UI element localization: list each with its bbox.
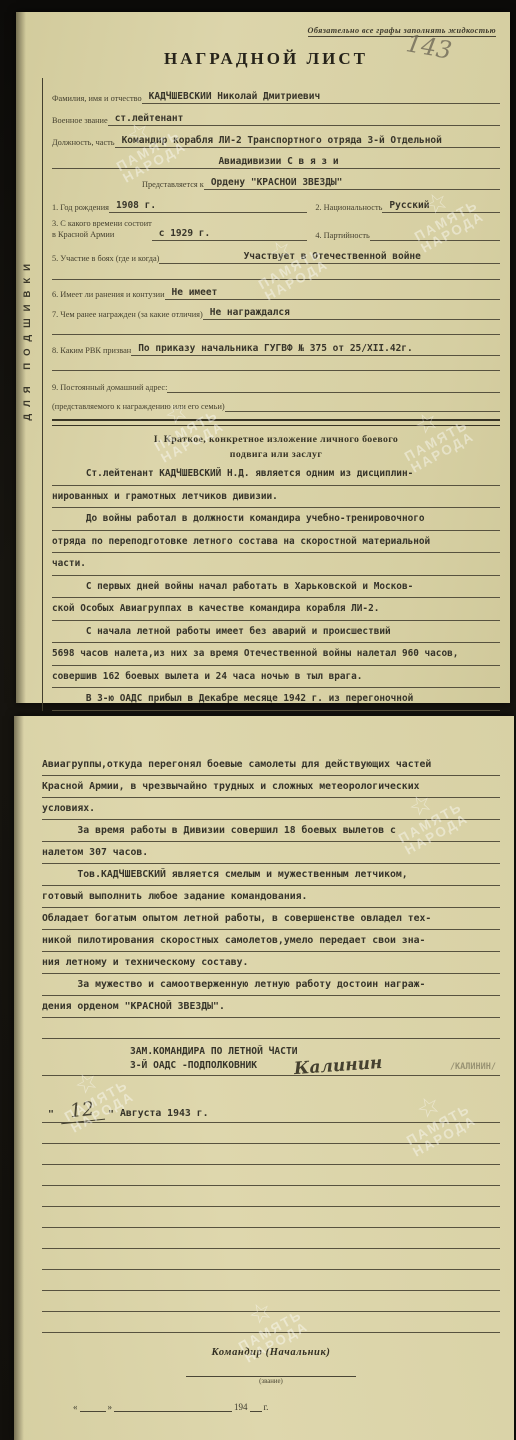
party-cell: 4. Партийность — [307, 231, 500, 241]
nationality-cell: 2. Национальность Русский — [307, 200, 500, 213]
date-row: " 12 " Августа 1943 г. — [42, 1096, 500, 1123]
position-value: Командир корабля ЛИ-2 Транспортного отря… — [115, 135, 500, 148]
commander-signature-line — [186, 1368, 356, 1377]
handwritten-signature: Калинин — [293, 1051, 383, 1082]
quote-open: " — [48, 1109, 54, 1120]
blank-ruled-line — [42, 1165, 500, 1186]
citation-line: Обладает богатым опытом летной работы, в… — [42, 908, 500, 930]
prior-awards-value: Не награждался — [203, 307, 500, 320]
rank-caption: (звание) — [42, 1378, 500, 1385]
footer-quote-close: » — [108, 1402, 113, 1412]
blank-ruled-line — [42, 1249, 500, 1270]
footer-quote-open: « — [73, 1402, 78, 1412]
citation-line: условиях. — [42, 798, 500, 820]
submitted-for-value: Ордену "КРАСНОЙ ЗВЕЗДЫ" — [204, 177, 500, 190]
citation-line: ской Особых Авиагруппах в качестве коман… — [52, 598, 500, 621]
section-heading-line2: подвига или заслуг — [52, 449, 500, 460]
position-label: Должность, часть — [52, 138, 115, 148]
wounds-label: 6. Имеет ли ранения и контузии — [52, 290, 165, 300]
rank-label: Военное звание — [52, 116, 108, 126]
footer-year-blank — [250, 1401, 262, 1412]
wounds-value: Не имеет — [165, 287, 500, 300]
citation-line: В 3-ю ОАДС прибыл в Декабре месяце 1942 … — [52, 688, 500, 711]
field-row-name: Фамилия, имя и отчество КАДЧШЕВСКИЙ Нико… — [52, 78, 500, 104]
quote-close: " — [108, 1109, 114, 1120]
field-row-prior-awards: 7. Чем ранее награжден (за какие отличия… — [52, 300, 500, 320]
field-row-position: Должность, часть Командир корабля ЛИ-2 Т… — [52, 126, 500, 148]
citation-line: совершив 162 боевых вылета и 24 часа ноч… — [52, 666, 500, 689]
nationality-value: Русский — [382, 200, 500, 213]
home-address-value — [167, 391, 500, 393]
blank-ruled-line — [42, 1291, 500, 1312]
citation-line: готовый выполнить любое задание командов… — [42, 886, 500, 908]
drafted-by-value: По приказу начальника ГУГВФ № 375 от 25/… — [131, 343, 500, 356]
home-address-caption: (представляемого к награждению или его с… — [52, 402, 225, 412]
blank-ruled-line — [42, 1123, 500, 1144]
citation-text-page1: Ст.лейтенант КАДЧШЕВСКИЙ Н.Д. является о… — [52, 463, 500, 711]
field-row-service-party: 3. С какого времени состоит в Красной Ар… — [52, 213, 500, 241]
home-address-label: 9. Постоянный домашний адрес: — [52, 383, 167, 393]
field-row-wounds: 6. Имеет ли ранения и контузии Не имеет — [52, 280, 500, 300]
drafted-by-label: 8. Каким РВК призван — [52, 346, 131, 356]
citation-line: ния летному и техническому составу. — [42, 952, 500, 974]
blank-ruled-line — [42, 1312, 500, 1333]
combat-label: 5. Участие в боях (где и когда) — [52, 254, 159, 264]
blank-ruled-lines-bottom — [42, 1123, 500, 1333]
date-month-year: Августа 1943 г. — [120, 1108, 208, 1119]
citation-line: Ст.лейтенант КАДЧШЕВСКИЙ Н.Д. является о… — [52, 463, 500, 486]
blank-ruled-line — [52, 356, 500, 371]
blank-ruled-line — [42, 1144, 500, 1165]
commander-caption: Командир (Начальник) — [42, 1347, 500, 1358]
scanned-award-document: Обязательно все графы заполнять жидкость… — [0, 0, 516, 1440]
footer-year-prefix: 194 — [234, 1402, 248, 1412]
citation-line: Авиагруппы,откуда перегонял боевые самол… — [42, 754, 500, 776]
service-since-value: с 1929 г. — [152, 228, 308, 241]
field-row-home-address: 9. Постоянный домашний адрес: — [52, 371, 500, 393]
field-row-submitted-for: Представляется к Ордену "КРАСНОЙ ЗВЕЗДЫ" — [52, 169, 500, 190]
field-row-combat: 5. Участие в боях (где и когда) Участвуе… — [52, 241, 500, 264]
blank-ruled-line — [42, 1018, 500, 1039]
citation-line: 5698 часов налета,из них за время Отечес… — [52, 643, 500, 666]
nationality-label: 2. Национальность — [315, 203, 382, 213]
citation-line: отряда по переподготовке летного состава… — [52, 531, 500, 554]
page2-content: Авиагруппы,откуда перегонял боевые самол… — [42, 754, 500, 1412]
form-fields-section: Фамилия, имя и отчество КАДЧШЕВСКИЙ Нико… — [42, 78, 500, 711]
citation-line: нированных и грамотных летчиков дивизии. — [52, 486, 500, 509]
footer-year-suffix: г. — [264, 1402, 269, 1412]
section-divider-rule — [52, 419, 500, 426]
citation-line: Красной Армии, в чрезвычайно трудных и с… — [42, 776, 500, 798]
filing-margin-vertical-text: ДЛЯ ПОДШИВКИ — [22, 257, 33, 421]
blank-ruled-line — [42, 1228, 500, 1249]
prior-awards-label: 7. Чем ранее награжден (за какие отличия… — [52, 310, 203, 320]
home-address-caption-line — [225, 410, 500, 412]
footer-day-blank — [80, 1401, 106, 1412]
signature-block: ЗАМ.КОМАНДИРА ПО ЛЕТНОЙ ЧАСТИ 3-Й ОАДС -… — [42, 1041, 500, 1076]
citation-text-page2: Авиагруппы,откуда перегонял боевые самол… — [42, 754, 500, 1018]
rank-value: ст.лейтенант — [108, 113, 500, 126]
blank-ruled-line — [42, 1270, 500, 1291]
field-row-rank: Военное звание ст.лейтенант — [52, 104, 500, 126]
section-heading-line1: I. Краткое, конкретное изложение личного… — [52, 434, 500, 445]
citation-line: За время работы в Дивизии совершил 18 бо… — [42, 820, 500, 842]
footer-blank-date: « » 194 г. — [72, 1401, 500, 1412]
citation-line: дения орденом "КРАСНОЙ ЗВЕЗДЫ". — [42, 996, 500, 1018]
field-row-position-2: Авиадивизии С в я з и — [52, 148, 500, 169]
citation-line: части. — [52, 553, 500, 576]
award-sheet-page-2: Авиагруппы,откуда перегонял боевые самол… — [14, 716, 514, 1440]
combat-value: Участвует в Отечественной войне — [159, 251, 500, 264]
blank-ruled-line — [42, 1207, 500, 1228]
service-since-label: 3. С какого времени состоит в Красной Ар… — [52, 219, 152, 241]
citation-line: С начала летной работы имеет без аварий … — [52, 621, 500, 644]
service-since-cell: 3. С какого времени состоит в Красной Ар… — [52, 219, 307, 241]
handwritten-day: 12 — [59, 1097, 105, 1124]
document-title: НАГРАДНОЙ ЛИСТ — [76, 49, 456, 69]
citation-line: За мужество и самоотверженную летную раб… — [42, 974, 500, 996]
blank-ruled-line — [52, 320, 500, 335]
field-row-drafted-by: 8. Каким РВК призван По приказу начальни… — [52, 335, 500, 356]
name-label: Фамилия, имя и отчество — [52, 94, 142, 104]
name-value: КАДЧШЕВСКИЙ Николай Дмитриевич — [142, 91, 500, 104]
party-label: 4. Партийность — [315, 231, 369, 241]
form-instruction-note: Обязательно все графы заполнять жидкость… — [308, 26, 497, 37]
party-value — [370, 239, 500, 241]
footer-month-blank — [114, 1401, 232, 1412]
signer-typed-name: /КАЛИНИН/ — [450, 1061, 496, 1073]
submitted-for-label: Представляется к — [142, 180, 204, 190]
birth-year-label: 1. Год рождения — [52, 203, 109, 213]
birth-year-cell: 1. Год рождения 1908 г. — [52, 200, 307, 213]
citation-line: налетом 307 часов. — [42, 842, 500, 864]
citation-line: До войны работал в должности командира у… — [52, 508, 500, 531]
citation-line: никой пилотирования скоростных самолетов… — [42, 930, 500, 952]
position-value-line2: Авиадивизии С в я з и — [52, 156, 500, 169]
citation-line: Тов.КАДЧШЕВСКИЙ является смелым и мужест… — [42, 864, 500, 886]
field-row-birth-nationality: 1. Год рождения 1908 г. 2. Национальност… — [52, 190, 500, 213]
birth-year-value: 1908 г. — [109, 200, 307, 213]
citation-line: С первых дней войны начал работать в Хар… — [52, 576, 500, 599]
blank-ruled-line — [42, 1186, 500, 1207]
blank-ruled-line — [52, 264, 500, 280]
award-sheet-page-1: Обязательно все графы заполнять жидкость… — [16, 12, 510, 703]
page-edge-shadow — [14, 716, 24, 1440]
field-row-home-address-caption: (представляемого к награждению или его с… — [52, 393, 500, 412]
